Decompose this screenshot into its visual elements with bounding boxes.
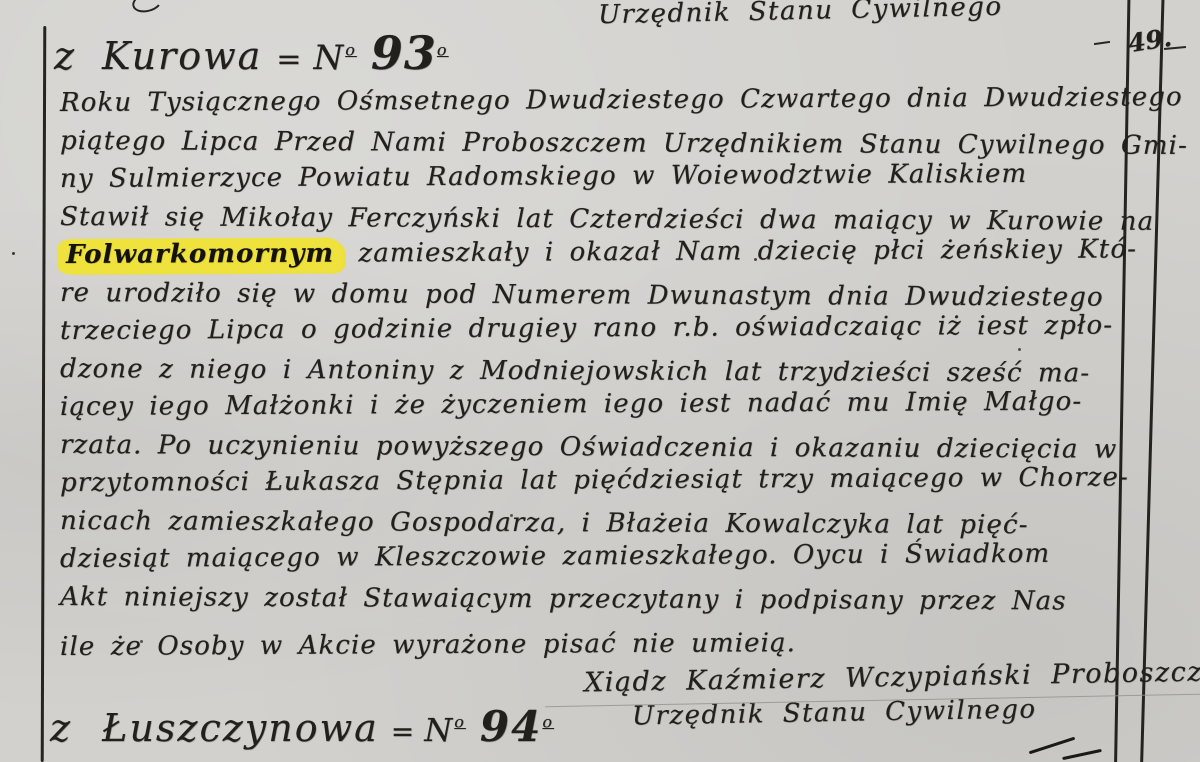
heading-separator: = [276, 42, 299, 77]
record-line-highlighted: Folwarkomornym zamieszkały i okazał Nam … [60, 231, 1090, 274]
heading-number-label-sup: o [345, 40, 357, 59]
heading-number-label: N [424, 711, 454, 749]
record-heading: zKurowa=No 93o [54, 26, 449, 80]
record-line-rest: zamieszkały i okazał Nam dziecię płci że… [358, 234, 1137, 268]
right-margin-rule-outer [1140, 0, 1165, 762]
record-line: Akt niniejszy został Stawaiącym przeczyt… [60, 578, 1090, 620]
next-record-heading: zŁuszczynowa=No 94o [50, 702, 554, 751]
heading-number-label: N [313, 38, 345, 78]
record-number: 93 [371, 26, 437, 80]
record-body: Roku Tysiącznego Ośmsetnego Dwudziestego… [60, 84, 1090, 666]
heading-number-label-sup: o [454, 712, 466, 731]
record-line: przytomności Łukasza Stępnia lat pięćdzi… [60, 459, 1090, 502]
record-line: ny Sulmierzyce Powiatu Radomskiego w Woi… [60, 155, 1090, 198]
highlighted-word: Folwarkomornym [60, 238, 343, 273]
ink-stroke [1062, 749, 1102, 760]
record-line: iącey iego Małżonki i że życzeniem iego … [60, 383, 1090, 426]
record-line: trzeciego Lipca o godzinie drugiey rano … [60, 307, 1090, 350]
paper-specks [12, 252, 15, 255]
heading-prefix: z [50, 706, 72, 750]
page-header-official-title: Urzędnik Stanu Cywilnego [598, 0, 1003, 30]
right-margin-rule-inner [1114, 0, 1130, 762]
ink-flourish [130, 0, 164, 15]
scanned-register-page: Urzędnik Stanu Cywilnego 49. zKurowa=No … [0, 0, 1200, 762]
heading-separator: = [391, 715, 412, 748]
heading-place: Łuszczynowa [102, 706, 379, 750]
heading-place: Kurowa [102, 34, 262, 78]
folio-number: 49. [1126, 23, 1174, 58]
record-line: dziesiąt maiącego w Kleszczowie zamieszk… [60, 535, 1090, 578]
record-number-sup: o [437, 40, 449, 59]
record-line: Roku Tysiącznego Ośmsetnego Dwudziestego… [60, 79, 1090, 122]
margin-tick-left [1094, 41, 1110, 45]
heading-prefix: z [54, 34, 76, 78]
left-margin-rule [41, 26, 47, 762]
record-number-sup: o [542, 712, 554, 731]
record-number: 94 [480, 702, 542, 751]
ink-stroke [1029, 737, 1076, 755]
record-line: ile że Osoby w Akcie wyrażone pisać nie … [60, 623, 1090, 666]
